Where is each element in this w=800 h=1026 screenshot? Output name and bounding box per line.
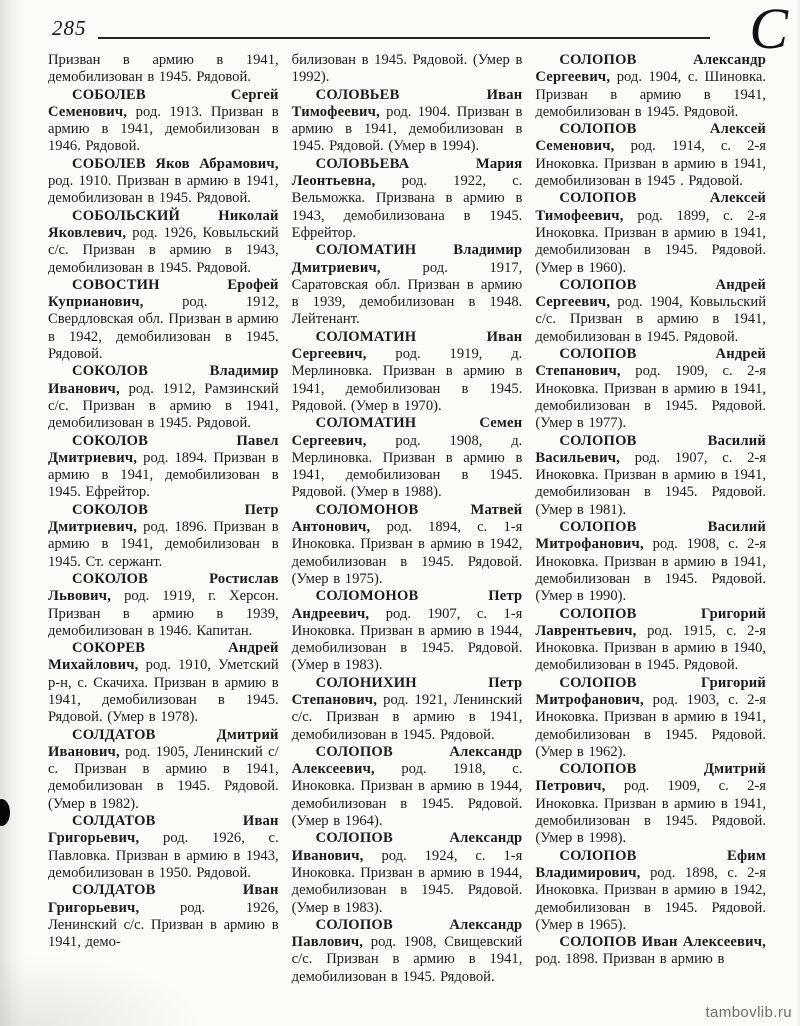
entry: СОЛОВЬЕВ Иван Тимофеевич, род. 1904. При… [292, 87, 523, 156]
entry: СОЛОМОНОВ Матвей Антонович, род. 1894, с… [292, 502, 523, 588]
entry-name: СОЛОПОВ Алексей Семенович, [535, 121, 766, 154]
entry-name: СОЛОМОНОВ Петр Андреевич, [292, 588, 523, 621]
entry: СОЛОПОВ Алексей Семенович, род. 1914, с.… [535, 121, 766, 190]
entry: СОЛОМАТИН Иван Сергеевич, род. 1919, д. … [292, 329, 523, 415]
entry-name: СОКОЛОВ Ростислав Львович, [48, 571, 279, 604]
entry: СОЛДАТОВ Дмитрий Иванович, род. 1905, Ле… [48, 727, 279, 813]
entry-name: СОЛОВЬЕВА Мария Леонтьевна, [292, 156, 523, 189]
entry: СОЛОПОВ Алексей Тимофеевич, род. 1899, с… [535, 190, 766, 276]
entry-name: СОКОЛОВ Владимир Иванович, [48, 363, 279, 396]
entry-name: СОЛОМОНОВ Матвей Антонович, [292, 502, 523, 535]
entry: СОЛДАТОВ Иван Григорьевич, род. 1926, Ле… [48, 882, 279, 951]
entry: СОЛОПОВ Александр Сергеевич, род. 1904, … [535, 52, 766, 121]
entry-name: СОЛОПОВ Василий Васильевич, [535, 433, 766, 466]
entry-name: СОЛОМАТИН Семен Сергеевич, [292, 415, 523, 448]
entry-name: СОЛОПОВ Андрей Степанович, [535, 346, 766, 379]
entry-name: СОЛОПОВ Александр Алексеевич, [292, 744, 523, 777]
entry-name: СОЛОНИХИН Петр Степанович, [292, 675, 523, 708]
entry: СОЛОПОВ Александр Павлович, род. 1908, С… [292, 917, 523, 986]
entry-name: СОЛОПОВ Василий Митрофанович, [535, 519, 766, 552]
entry-name: СОЛОПОВ Алексей Тимофеевич, [535, 190, 766, 223]
entry: СОЛОМАТИН Семен Сергеевич, род. 1908, д.… [292, 415, 523, 501]
entry: СОЛОПОВ Василий Васильевич, род. 1907, с… [535, 433, 766, 519]
entry: СОЛОПОВ Григорий Лаврентьевич, род. 1915… [535, 606, 766, 675]
entry: СОКОЛОВ Ростислав Львович, род. 1919, г.… [48, 571, 279, 640]
entry: Призван в армию в 1941, демобилизован в … [48, 52, 279, 87]
entry: СОЛОМАТИН Владимир Дмитриевич, род. 1917… [292, 242, 523, 328]
entry-name: СОКОРЕВ Андрей Михайлович, [48, 640, 279, 673]
watermark: tambovlib.ru [705, 1004, 792, 1021]
entry: СОКОЛОВ Петр Дмитриевич, род. 1896. Приз… [48, 502, 279, 571]
entry-name: СОЛОПОВ Григорий Митрофанович, [535, 675, 766, 708]
entry-name: СОЛДАТОВ Иван Григорьевич, [48, 813, 279, 846]
text-columns: Призван в армию в 1941, демобилизован в … [48, 52, 766, 986]
scan-artifact-binding-hole [0, 799, 10, 826]
column-2: билизован в 1945. Рядовой. (Умер в 1992)… [292, 52, 523, 986]
entry-name: СОБОЛЬСКИЙ Николай Яковлевич, [48, 208, 279, 241]
entry: СОБОЛЕВ Яков Абрамович, род. 1910. Призв… [48, 156, 279, 208]
entry-name: СОЛОПОВ Александр Иванович, [292, 830, 523, 863]
entry: СОЛОПОВ Александр Алексеевич, род. 1918,… [292, 744, 523, 830]
entry-name: СОБОЛЕВ Сергей Семенович, [48, 87, 279, 120]
entry: СОЛОПОВ Василий Митрофанович, род. 1908,… [535, 519, 766, 605]
entry: СОЛОПОВ Ефим Владимирович, род. 1898, с.… [535, 848, 766, 934]
entry-name: СОЛОПОВ Андрей Сергеевич, [535, 277, 766, 310]
entry: СОБОЛЕВ Сергей Семенович, род. 1913. При… [48, 87, 279, 156]
entry-name: СОБОЛЕВ Яков Абрамович, [72, 156, 279, 172]
page-header: 285 С [0, 0, 800, 56]
entry-name: СОКОЛОВ Петр Дмитриевич, [48, 502, 279, 535]
entry-name: СОЛОМАТИН Иван Сергеевич, [292, 329, 523, 362]
entry-name: СОЛОПОВ Дмитрий Петрович, [535, 761, 766, 794]
entry-name: СОКОЛОВ Павел Дмитриевич, [48, 433, 279, 466]
entry-name: СОЛОПОВ Александр Павлович, [292, 917, 523, 950]
entry-name: СОЛДАТОВ Дмитрий Иванович, [48, 727, 279, 760]
entry: СОЛДАТОВ Иван Григорьевич, род. 1926, с.… [48, 813, 279, 882]
entry: билизован в 1945. Рядовой. (Умер в 1992)… [292, 52, 523, 87]
column-1: Призван в армию в 1941, демобилизован в … [48, 52, 279, 986]
entry: СОЛОПОВ Андрей Степанович, род. 1909, с.… [535, 346, 766, 432]
entry: СОБОЛЬСКИЙ Николай Яковлевич, род. 1926,… [48, 208, 279, 277]
entry: СОВОСТИН Ерофей Куприанович, род. 1912, … [48, 277, 279, 363]
entry-name: СОВОСТИН Ерофей Куприанович, [48, 277, 279, 310]
section-letter: С [749, 0, 788, 58]
entry: СОЛОПОВ Григорий Митрофанович, род. 1903… [535, 675, 766, 761]
entry-name: СОЛДАТОВ Иван Григорьевич, [48, 882, 279, 915]
entry-name: СОЛОПОВ Александр Сергеевич, [535, 52, 766, 85]
entry: СОКОЛОВ Павел Дмитриевич, род. 1894. При… [48, 433, 279, 502]
entry: СОЛОПОВ Иван Алексеевич, род. 1898. Приз… [535, 934, 766, 969]
column-3: СОЛОПОВ Александр Сергеевич, род. 1904, … [535, 52, 766, 986]
entry: СОЛОПОВ Дмитрий Петрович, род. 1909, с. … [535, 761, 766, 847]
entry: СОЛОМОНОВ Петр Андреевич, род. 1907, с. … [292, 588, 523, 674]
entry-name: СОЛОМАТИН Владимир Дмитриевич, [292, 242, 523, 275]
entry: СОКОРЕВ Андрей Михайлович, род. 1910, Ум… [48, 640, 279, 726]
page-number: 285 [52, 16, 87, 41]
entry-name: СОЛОПОВ Григорий Лаврентьевич, [535, 606, 766, 639]
entry-name: СОЛОПОВ Ефим Владимирович, [535, 848, 766, 881]
entry-name: СОЛОПОВ Иван Алексеевич, [559, 934, 766, 950]
scanned-book-page: 285 С Призван в армию в 1941, демобилизо… [0, 0, 800, 1026]
entry: СОКОЛОВ Владимир Иванович, род. 1912, Ра… [48, 363, 279, 432]
entry: СОЛОВЬЕВА Мария Леонтьевна, род. 1922, с… [292, 156, 523, 242]
entry-name: СОЛОВЬЕВ Иван Тимофеевич, [292, 87, 523, 120]
entry: СОЛОПОВ Андрей Сергеевич, род. 1904, Ков… [535, 277, 766, 346]
entry: СОЛОПОВ Александр Иванович, род. 1924, с… [292, 830, 523, 916]
header-rule [98, 37, 710, 39]
entry: СОЛОНИХИН Петр Степанович, род. 1921, Ле… [292, 675, 523, 744]
